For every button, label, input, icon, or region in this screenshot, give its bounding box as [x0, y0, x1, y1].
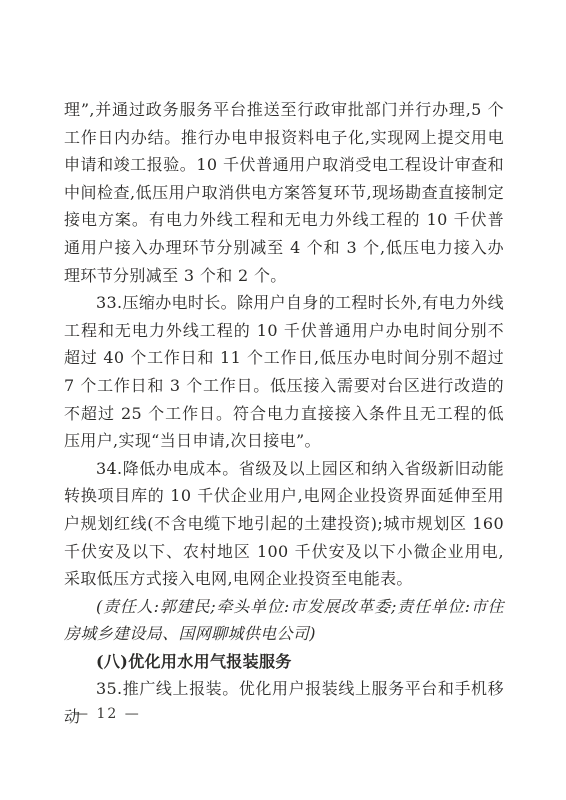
paragraph-body: 35.推广线上报装。优化用户报装线上服务平台和手机移动 [64, 675, 504, 730]
paragraph-body: 33.压缩办电时长。除用户自身的工程时长外,有电力外线工程和无电力外线工程的 1… [64, 289, 504, 455]
paragraph-body: 理”,并通过政务服务平台推送至行政审批部门并行办理,5 个工作日内办结。推行办电… [64, 96, 504, 289]
paragraph-body: 34.降低办电成本。省级及以上园区和纳入省级新旧动能转换项目库的 10 千伏企业… [64, 455, 504, 593]
paragraph-responsibility: (责任人:郭建民;牵头单位:市发展改革委;责任单位:市住房城乡建设局、国网聊城供… [64, 593, 504, 648]
document-body: 理”,并通过政务服务平台推送至行政审批部门并行办理,5 个工作日内办结。推行办电… [64, 96, 504, 731]
page-number: — 12 — [74, 706, 141, 722]
paragraph-heading: (八)优化用水用气报装服务 [64, 648, 504, 676]
document-page: 理”,并通过政务服务平台推送至行政审批部门并行办理,5 个工作日内办结。推行办电… [0, 0, 566, 800]
